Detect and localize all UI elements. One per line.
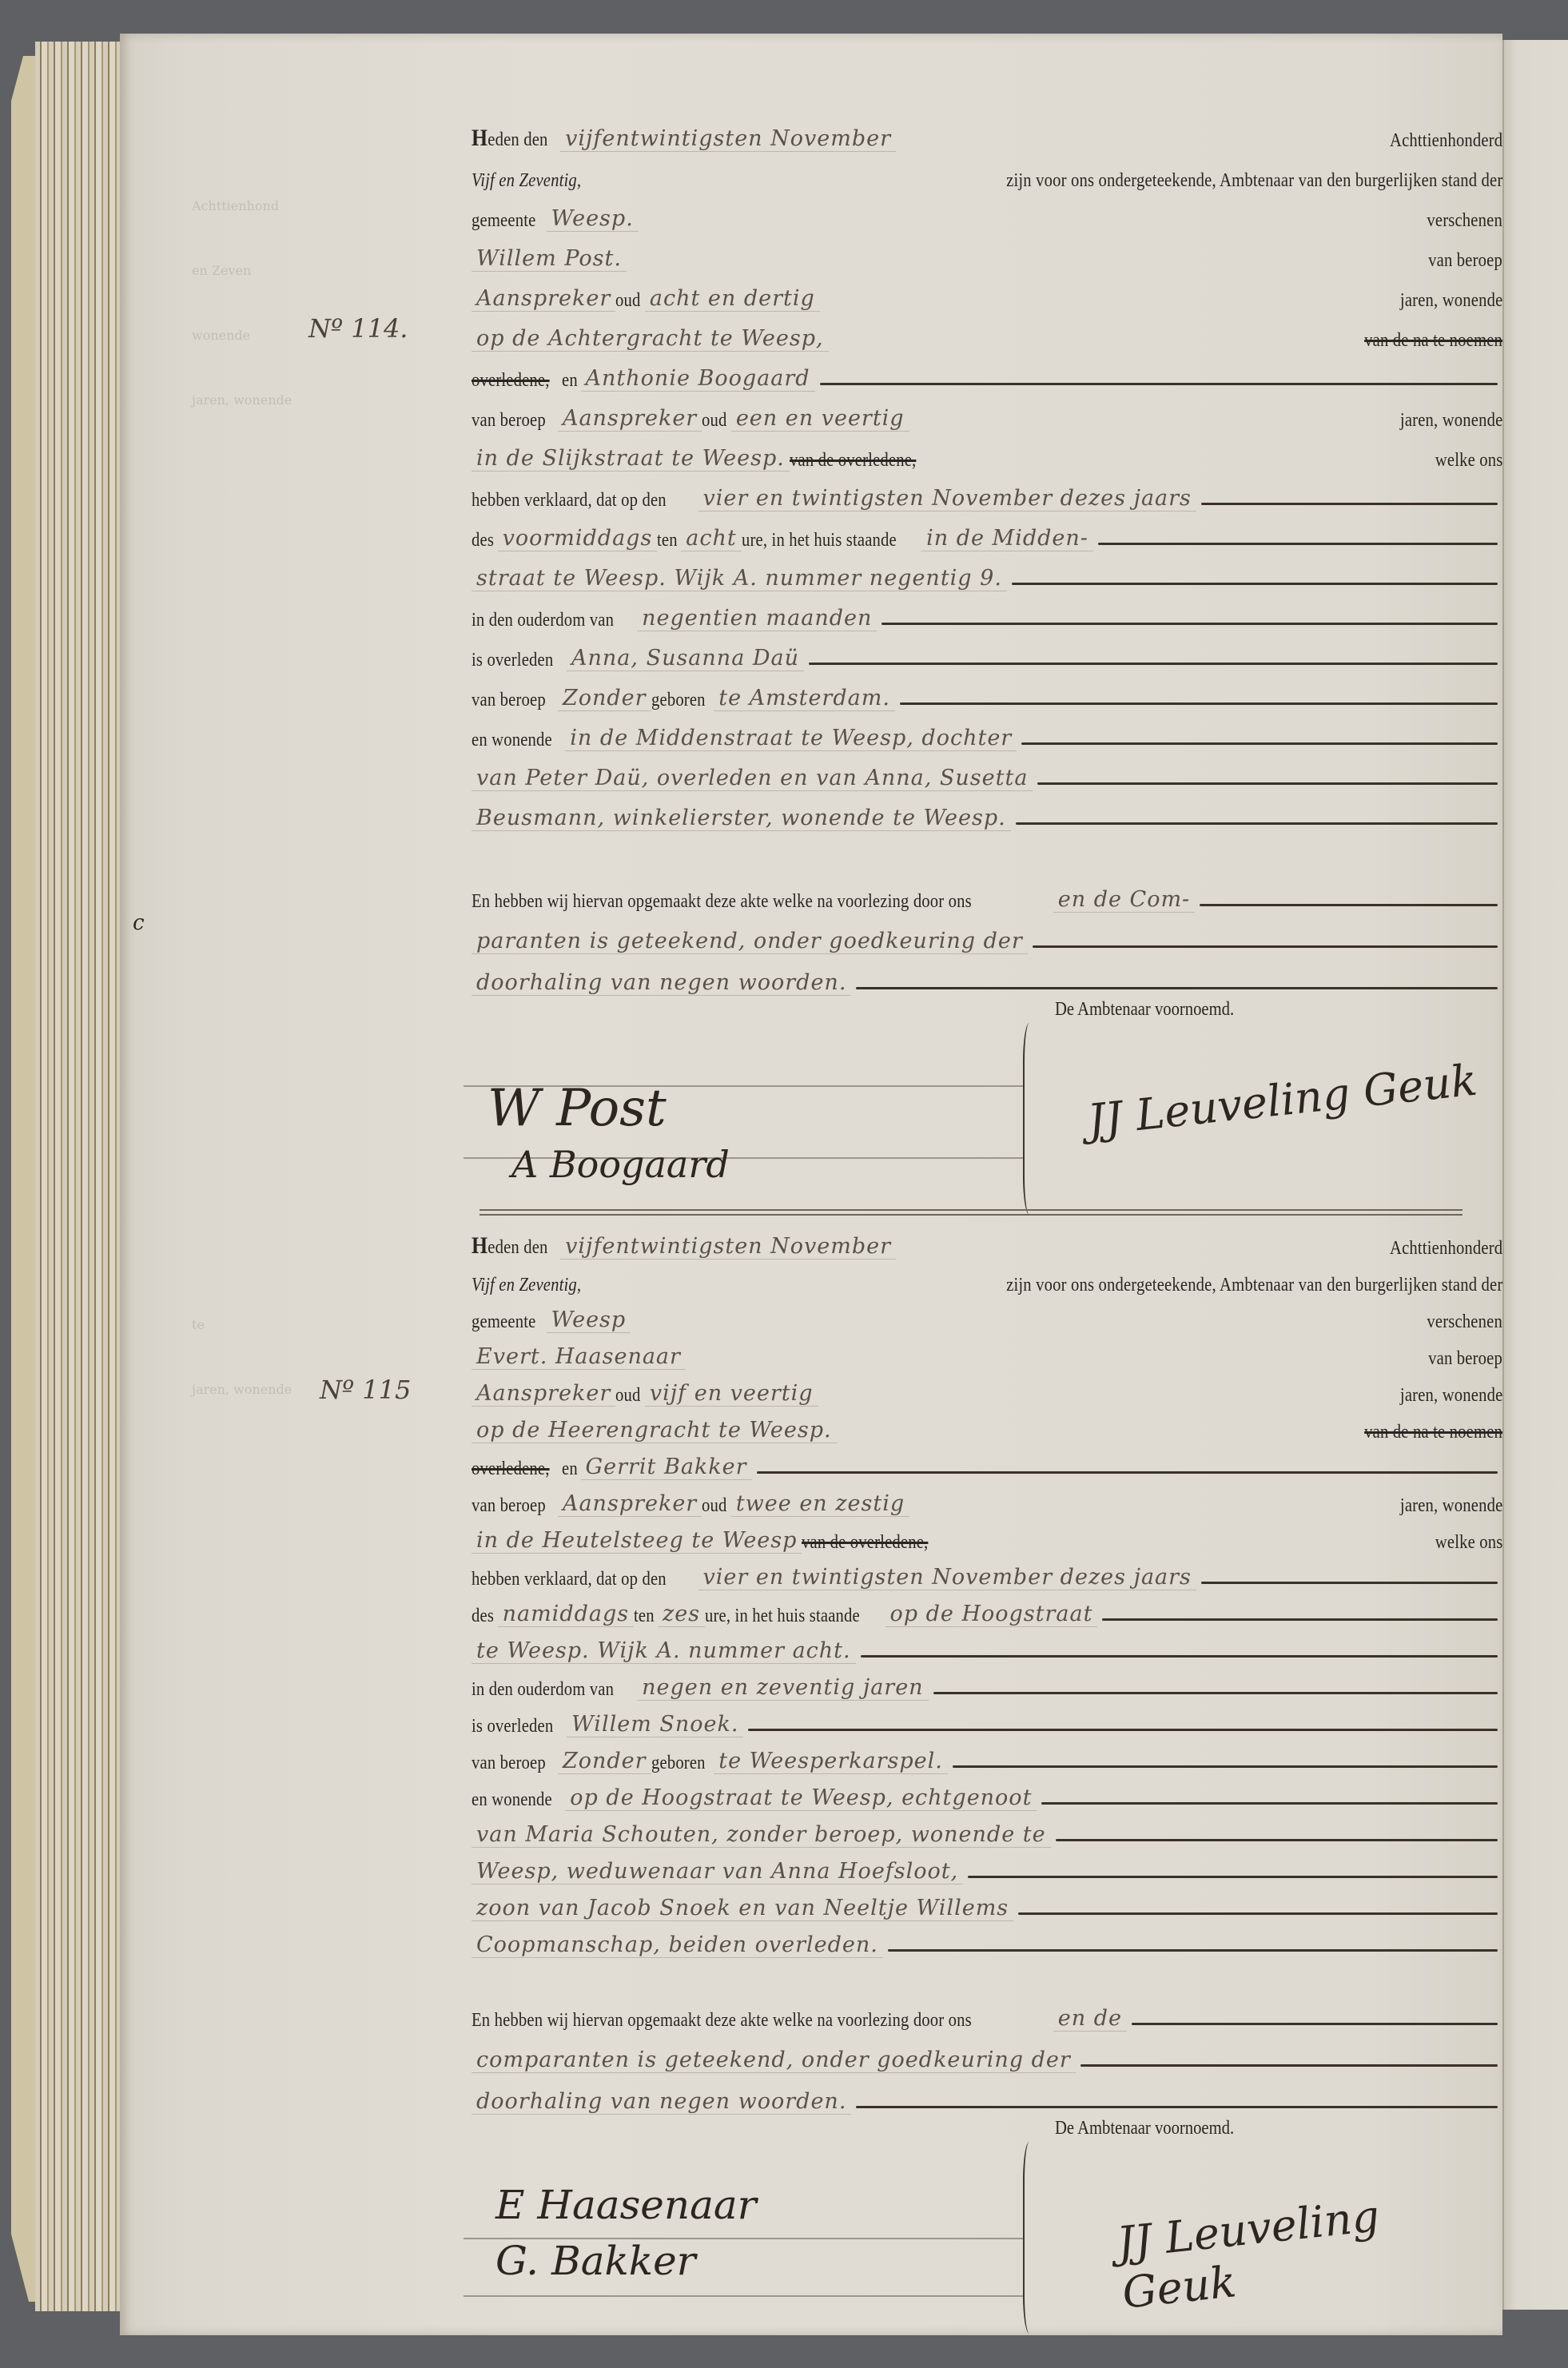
printed-form-text: jaren, wonende xyxy=(1400,1495,1502,1517)
record-line: gemeenteWeesp.verschenen xyxy=(472,192,1502,232)
handwritten-entry: zes xyxy=(658,1602,705,1627)
printed-form-text: van beroep xyxy=(472,410,546,432)
signature-brace xyxy=(1023,1023,1036,1215)
printed-form-text: geboren xyxy=(651,690,706,711)
record-line: doorhaling van negen woorden. xyxy=(472,2073,1502,2115)
record-line: op de Achtergracht te Weesp,van de na te… xyxy=(472,312,1502,352)
handwritten-entry: Aanspreker xyxy=(558,1491,702,1517)
fill-dash xyxy=(933,1692,1498,1694)
record-line: Heden denvijfentwintigsten NovemberAchtt… xyxy=(472,112,1502,152)
record-line: van beroepAansprekeroudtwee en zestigjar… xyxy=(472,1480,1502,1517)
struck-form-text: van de overledene, xyxy=(790,450,916,472)
fill-dash xyxy=(1041,1802,1498,1805)
printed-form-text: verschenen xyxy=(1427,210,1502,232)
facing-page-edge xyxy=(1502,40,1568,2310)
record-line: straat te Weesp. Wijk A. nummer negentig… xyxy=(472,551,1502,591)
printed-form-text: oud xyxy=(615,290,640,312)
record-line: En hebben wij hiervan opgemaakt deze akt… xyxy=(472,1990,1502,2032)
record-line: is overledenWillem Snoek. xyxy=(472,1701,1502,1737)
printed-form-text: hebben verklaard, dat op den xyxy=(472,1569,667,1590)
handwritten-entry: zoon van Jacob Snoek en van Neeltje Will… xyxy=(472,1896,1013,1921)
closing-statement-114: En hebben wij hiervan opgemaakt deze akt… xyxy=(472,871,1502,996)
handwritten-entry: op de Hoogstraat te Weesp, echtgenoot xyxy=(565,1785,1037,1811)
printed-form-text: is overleden xyxy=(472,1716,553,1737)
fill-dash xyxy=(888,1949,1498,1952)
handwritten-entry: straat te Weesp. Wijk A. nummer negentig… xyxy=(472,566,1007,591)
signature-block-114: De Ambtenaar voornoemd. W Post A Boogaar… xyxy=(464,999,1502,1239)
handwritten-entry: Beusmann, winkelierster, wonende te Wees… xyxy=(472,806,1011,831)
printed-form-text: oud xyxy=(702,410,726,432)
fill-dash xyxy=(1018,1912,1498,1915)
witness-signature-bakker: G. Bakker xyxy=(495,2238,696,2284)
record-line: is overledenAnna, Susanna Daü xyxy=(472,631,1502,671)
record-line: van Peter Daü, overleden en van Anna, Su… xyxy=(472,751,1502,791)
record-line: Coopmanschap, beiden overleden. xyxy=(472,1921,1502,1958)
witness-signature-boogaard: A Boogaard xyxy=(511,1143,730,1186)
handwritten-entry: acht xyxy=(681,526,741,551)
record-line: Evert. Haasenaarvan beroep xyxy=(472,1333,1502,1370)
handwritten-entry: Willem Post. xyxy=(472,246,627,272)
record-line: Vijf en Zeventig,zijn voor ons ondergete… xyxy=(472,152,1502,192)
fill-dash xyxy=(1016,822,1498,825)
handwritten-entry: een en veertig xyxy=(731,406,909,432)
record-line: desvoormiddagstenachture, in het huis st… xyxy=(472,511,1502,551)
handwritten-entry: Aanspreker xyxy=(472,1381,615,1407)
printed-form-text: des xyxy=(472,530,494,551)
edge-mark: c xyxy=(133,911,145,935)
record-separator xyxy=(480,1209,1463,1211)
record-line: Willem Post.van beroep xyxy=(472,232,1502,272)
printed-form-text: oud xyxy=(615,1385,640,1407)
printed-form-text: gemeente xyxy=(472,1311,535,1333)
record-line: en wonendein de Middenstraat te Weesp, d… xyxy=(472,711,1502,751)
printed-form-text: jaren, wonende xyxy=(1400,1385,1502,1407)
struck-form-text: van de overledene, xyxy=(802,1532,928,1554)
fill-dash xyxy=(1033,945,1498,948)
fill-dash xyxy=(757,1471,1498,1474)
fill-dash xyxy=(900,702,1498,705)
handwritten-entry: van Maria Schouten, zonder beroep, wonen… xyxy=(472,1822,1051,1848)
record-line: Weesp, weduwenaar van Anna Hoefsloot, xyxy=(472,1848,1502,1884)
witness-signature-haasenaar: E Haasenaar xyxy=(495,2182,757,2228)
official-signature: JJ Leuveling Geuk xyxy=(1085,1055,1479,1146)
printed-form-text: van beroep xyxy=(472,1495,546,1517)
entry-number-115: Nº 115 xyxy=(320,1375,411,1405)
printed-form-text: zijn voor ons ondergeteekende, Ambtenaar… xyxy=(1006,1275,1502,1296)
printed-form-text: verschenen xyxy=(1427,1311,1502,1333)
record-line: van beroepAansprekeroudeen en veertigjar… xyxy=(472,392,1502,432)
record-line: in den ouderdom vannegen en zeventig jar… xyxy=(472,1664,1502,1701)
record-line: paranten is geteekend, onder goedkeuring… xyxy=(472,913,1502,954)
handwritten-entry: doorhaling van negen woorden. xyxy=(472,2089,851,2115)
fill-dash xyxy=(820,383,1498,385)
entry-number-114: Nº 114. xyxy=(308,313,408,344)
printed-form-text: zijn voor ons ondergeteekende, Ambtenaar… xyxy=(1006,170,1502,192)
record-line: Heden denvijfentwintigsten NovemberAchtt… xyxy=(472,1223,1502,1260)
handwritten-entry: en de Com- xyxy=(1053,887,1195,913)
printed-form-text: hebben verklaard, dat op den xyxy=(472,490,667,511)
signature-brace xyxy=(1023,2142,1036,2334)
handwritten-entry: te Amsterdam. xyxy=(714,686,895,711)
record-line: te Weesp. Wijk A. nummer acht. xyxy=(472,1627,1502,1664)
handwritten-entry: en de xyxy=(1053,2006,1127,2032)
printed-form-text: van beroep xyxy=(1428,250,1502,272)
printed-form-text: en xyxy=(562,370,578,392)
handwritten-entry: twee en zestig xyxy=(731,1491,909,1517)
printed-form-text: en wonende xyxy=(472,1789,552,1811)
bleed-through-text-lower: te jaren, wonende xyxy=(192,1271,292,1422)
record-line: in den ouderdom vannegentien maanden xyxy=(472,591,1502,631)
handwritten-entry: op de Heerengracht te Weesp. xyxy=(472,1418,837,1443)
fill-dash xyxy=(1132,2023,1498,2025)
handwritten-entry: in de Middenstraat te Weesp, dochter xyxy=(565,726,1017,751)
handwritten-entry: voormiddags xyxy=(498,526,658,551)
closing-statement-115: En hebben wij hiervan opgemaakt deze akt… xyxy=(472,1990,1502,2115)
fill-dash xyxy=(856,987,1498,989)
record-separator xyxy=(480,1214,1463,1216)
handwritten-entry: Aanspreker xyxy=(558,406,702,432)
signature-block-115: De Ambtenaar voornoemd. E Haasenaar G. B… xyxy=(464,2118,1502,2358)
printed-form-text: oud xyxy=(702,1495,726,1517)
printed-form-text: Heden den xyxy=(472,1232,548,1260)
handwritten-entry: negen en zeventig jaren xyxy=(637,1675,928,1701)
printed-form-text: Achttienhonderd xyxy=(1390,130,1502,152)
record-line: Aansprekeroudvijf en veertigjaren, wonen… xyxy=(472,1370,1502,1407)
handwritten-entry: in de Midden- xyxy=(921,526,1093,551)
official-signature: JJ Leuveling Geuk xyxy=(1115,2178,1507,2318)
page-stack-edges xyxy=(35,42,131,2311)
handwritten-entry: Weesp xyxy=(547,1307,631,1333)
printed-form-text: ure, in het huis staande xyxy=(705,1606,860,1627)
printed-form-text: welke ons xyxy=(1435,1532,1502,1554)
handwritten-entry: Willem Snoek. xyxy=(567,1712,743,1737)
fill-dash xyxy=(1056,1839,1498,1841)
record-line: overledene,enGerrit Bakker xyxy=(472,1443,1502,1480)
printed-form-text: van beroep xyxy=(472,690,546,711)
handwritten-entry: vijfentwintigsten November xyxy=(560,1234,896,1260)
record-line: in de Slijkstraat te Weesp.van de overle… xyxy=(472,432,1502,472)
fill-dash xyxy=(1012,583,1498,585)
printed-form-text: des xyxy=(472,1606,494,1627)
handwritten-entry: Aanspreker xyxy=(472,286,615,312)
record-line: doorhaling van negen woorden. xyxy=(472,954,1502,996)
handwritten-entry: op de Achtergracht te Weesp, xyxy=(472,326,829,352)
handwritten-entry: vijfentwintigsten November xyxy=(560,126,896,152)
record-line: Aansprekeroudacht en dertigjaren, wonend… xyxy=(472,272,1502,312)
fill-dash xyxy=(861,1655,1498,1658)
record-line: overledene,enAnthonie Boogaard xyxy=(472,352,1502,392)
printed-form-text: is overleden xyxy=(472,650,553,671)
death-record-114: Heden denvijfentwintigsten NovemberAchtt… xyxy=(472,112,1502,831)
fill-dash xyxy=(968,1876,1498,1878)
printed-form-text: gemeente xyxy=(472,210,535,232)
fill-dash xyxy=(1080,2064,1498,2067)
signature-line xyxy=(464,2295,1023,2297)
handwritten-entry: comparanten is geteekend, onder goedkeur… xyxy=(472,2048,1076,2073)
handwritten-entry: Gerrit Bakker xyxy=(581,1455,752,1480)
printed-form-text: in den ouderdom van xyxy=(472,1679,614,1701)
printed-form-text: in den ouderdom van xyxy=(472,610,614,631)
record-line: desnamiddagstenzesure, in het huis staan… xyxy=(472,1590,1502,1627)
fill-dash xyxy=(1037,782,1498,785)
printed-form-text: En hebben wij hiervan opgemaakt deze akt… xyxy=(472,2010,972,2032)
printed-form-text: Achttienhonderd xyxy=(1390,1238,1502,1260)
handwritten-entry: vier en twintigsten November dezes jaars xyxy=(698,1565,1196,1590)
record-line: hebben verklaard, dat op denvier en twin… xyxy=(472,1554,1502,1590)
handwritten-entry: vier en twintigsten November dezes jaars xyxy=(698,486,1196,511)
official-label: De Ambtenaar voornoemd. xyxy=(1055,999,1234,1021)
printed-form-text: Vijf en Zeventig, xyxy=(472,170,581,192)
fill-dash xyxy=(856,2106,1498,2108)
handwritten-entry: paranten is geteekend, onder goedkeuring… xyxy=(472,929,1028,954)
handwritten-entry: in de Slijkstraat te Weesp. xyxy=(472,446,790,472)
printed-form-text: Vijf en Zeventig, xyxy=(472,1275,581,1296)
printed-form-text: geboren xyxy=(651,1753,706,1774)
bleed-through-text: Achttienhond en Zeven wonende jaren, won… xyxy=(192,152,292,432)
record-line: op de Heerengracht te Weesp.van de na te… xyxy=(472,1407,1502,1443)
record-line: comparanten is geteekend, onder goedkeur… xyxy=(472,2032,1502,2073)
record-line: zoon van Jacob Snoek en van Neeltje Will… xyxy=(472,1884,1502,1921)
printed-form-text: jaren, wonende xyxy=(1400,410,1502,432)
handwritten-entry: Coopmanschap, beiden overleden. xyxy=(472,1932,883,1958)
printed-form-text: en xyxy=(562,1459,578,1480)
fill-dash xyxy=(1098,543,1498,545)
record-line: Vijf en Zeventig,zijn voor ons ondergete… xyxy=(472,1260,1502,1296)
record-line: gemeenteWeespverschenen xyxy=(472,1296,1502,1333)
record-line: Beusmann, winkelierster, wonende te Wees… xyxy=(472,791,1502,831)
record-line: van Maria Schouten, zonder beroep, wonen… xyxy=(472,1811,1502,1848)
printed-form-text: ten xyxy=(657,530,678,551)
handwritten-entry: vijf en veertig xyxy=(645,1381,818,1407)
official-label: De Ambtenaar voornoemd. xyxy=(1055,2118,1234,2139)
printed-form-text: En hebben wij hiervan opgemaakt deze akt… xyxy=(472,891,972,913)
printed-form-text: van beroep xyxy=(472,1753,546,1774)
handwritten-entry: Zonder xyxy=(558,1749,651,1774)
fill-dash xyxy=(1201,503,1498,505)
fill-dash xyxy=(953,1765,1498,1768)
struck-form-text: overledene, xyxy=(472,370,550,392)
handwritten-entry: op de Hoogstraat xyxy=(885,1602,1098,1627)
struck-form-text: van de na te noemen xyxy=(1364,330,1502,352)
record-line: hebben verklaard, dat op denvier en twin… xyxy=(472,472,1502,511)
handwritten-entry: te Weesperkarspel. xyxy=(714,1749,948,1774)
handwritten-entry: negentien maanden xyxy=(637,606,877,631)
fill-dash xyxy=(882,623,1498,625)
handwritten-entry: namiddags xyxy=(498,1602,635,1627)
handwritten-entry: Evert. Haasenaar xyxy=(472,1344,686,1370)
record-line: in de Heutelsteeg te Weespvan de overled… xyxy=(472,1517,1502,1554)
handwritten-entry: te Weesp. Wijk A. nummer acht. xyxy=(472,1638,856,1664)
fill-dash xyxy=(1201,1582,1498,1584)
handwritten-entry: Zonder xyxy=(558,686,651,711)
printed-form-text: ure, in het huis staande xyxy=(742,530,897,551)
printed-form-text: en wonende xyxy=(472,730,552,751)
printed-form-text: Heden den xyxy=(472,125,548,152)
record-line: en wonendeop de Hoogstraat te Weesp, ech… xyxy=(472,1774,1502,1811)
struck-form-text: overledene, xyxy=(472,1459,550,1480)
printed-form-text: welke ons xyxy=(1435,450,1502,472)
fill-dash xyxy=(1021,742,1498,745)
death-record-115: Heden denvijfentwintigsten NovemberAchtt… xyxy=(472,1223,1502,1958)
fill-dash xyxy=(748,1729,1498,1731)
handwritten-entry: van Peter Daü, overleden en van Anna, Su… xyxy=(472,766,1033,791)
record-line: En hebben wij hiervan opgemaakt deze akt… xyxy=(472,871,1502,913)
fill-dash xyxy=(1200,904,1498,906)
printed-form-text: ten xyxy=(634,1606,655,1627)
handwritten-entry: Weesp, weduwenaar van Anna Hoefsloot, xyxy=(472,1859,963,1884)
printed-form-text: jaren, wonende xyxy=(1400,290,1502,312)
struck-form-text: van de na te noemen xyxy=(1364,1422,1502,1443)
handwritten-entry: in de Heutelsteeg te Weesp xyxy=(472,1528,802,1554)
fill-dash xyxy=(809,663,1498,665)
fill-dash xyxy=(1102,1618,1498,1621)
handwritten-entry: Anna, Susanna Daü xyxy=(567,646,804,671)
handwritten-entry: Weesp. xyxy=(547,206,639,232)
witness-signature-post: W Post xyxy=(488,1079,667,1138)
record-line: van beroepZondergeborente Weesperkarspel… xyxy=(472,1737,1502,1774)
record-line: van beroepZondergeborente Amsterdam. xyxy=(472,671,1502,711)
printed-form-text: van beroep xyxy=(1428,1348,1502,1370)
handwritten-entry: doorhaling van negen woorden. xyxy=(472,970,851,996)
handwritten-entry: acht en dertig xyxy=(645,286,820,312)
handwritten-entry: Anthonie Boogaard xyxy=(581,366,815,392)
